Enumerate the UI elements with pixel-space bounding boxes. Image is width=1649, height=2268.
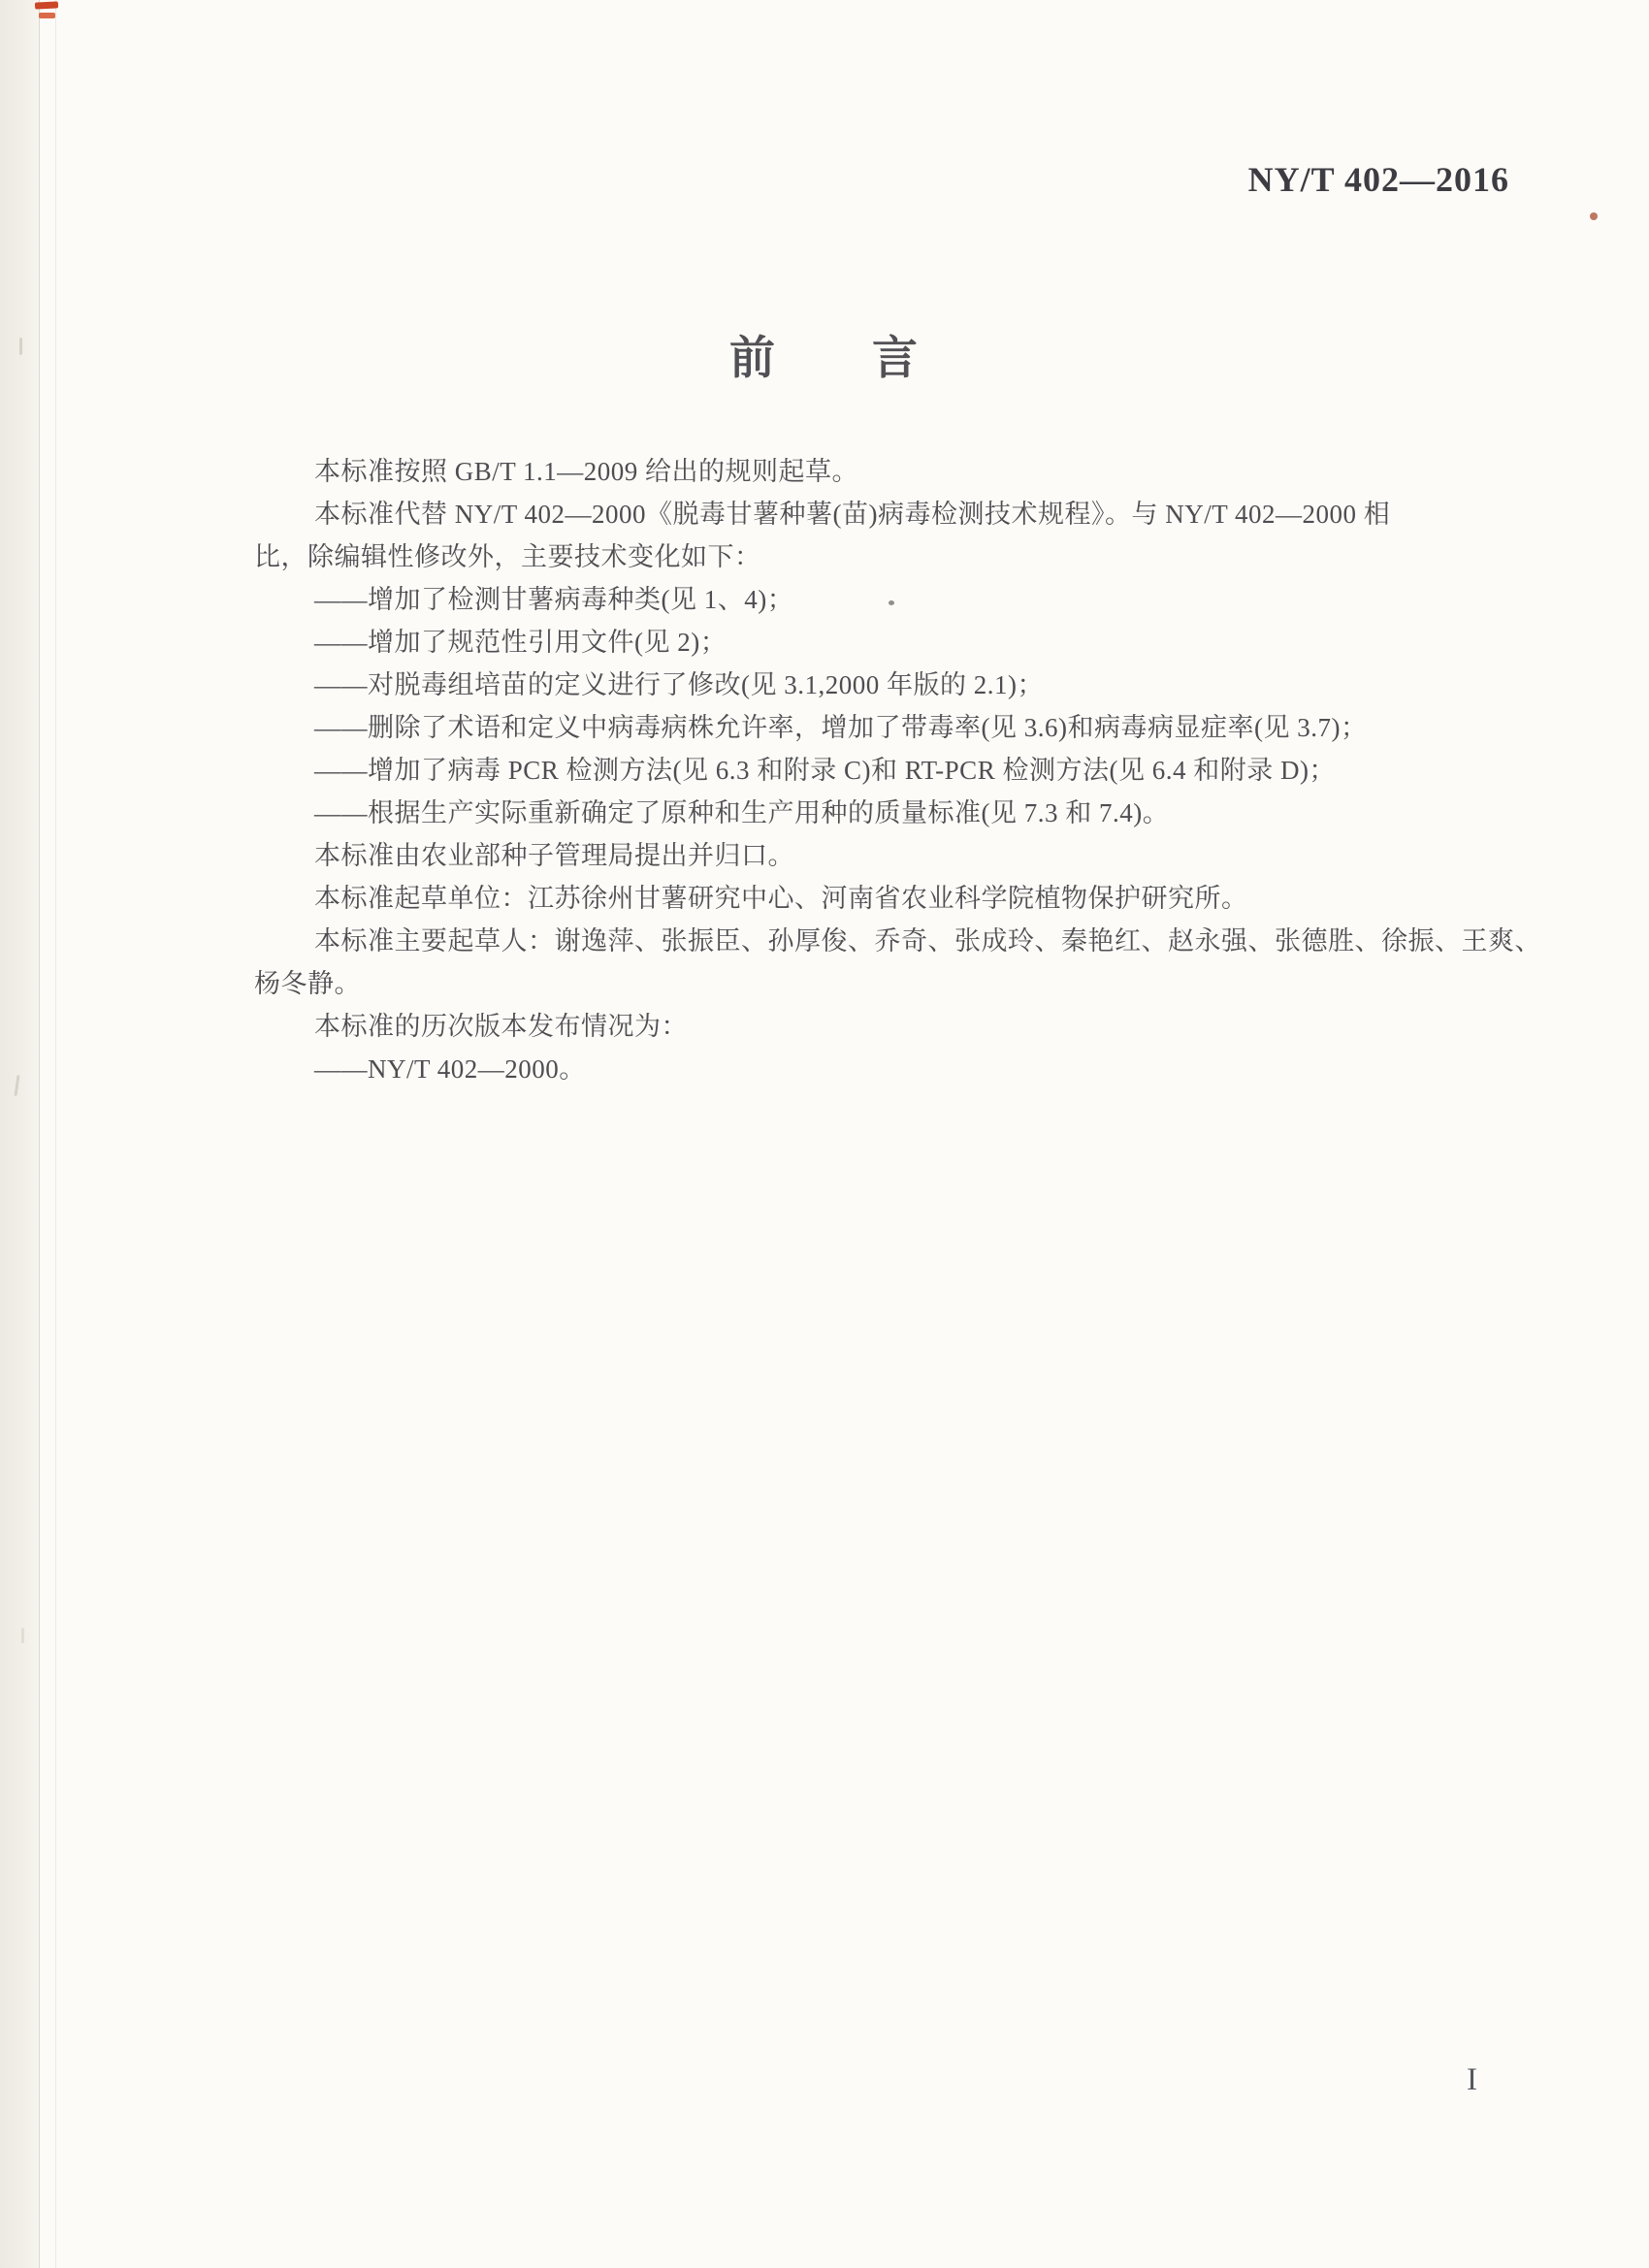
change-item-1: ——增加了检测甘薯病毒种类(见 1、4)； (254, 578, 1544, 621)
line-history-item: ——NY/T 402—2000。 (254, 1048, 1544, 1090)
page-number: I (1467, 2062, 1477, 2098)
line-drafters-cont: 杨冬静。 (254, 962, 1544, 1005)
standard-code: NY/T 402—2016 (1248, 159, 1509, 200)
line-replacement: 本标准代替 NY/T 402—2000《脱毒甘薯种薯(苗)病毒检测技术规程》。与… (254, 493, 1544, 535)
red-corner-mark (35, 1, 58, 9)
line-drafting-basis: 本标准按照 GB/T 1.1—2009 给出的规则起草。 (254, 450, 1544, 493)
line-drafters: 本标准主要起草人：谢逸萍、张振臣、孙厚俊、乔奇、张成玲、秦艳红、赵永强、张德胜、… (254, 920, 1544, 962)
scanned-document-page: NY/T 402—2016 前 言 本标准按照 GB/T 1.1—2009 给出… (0, 0, 1649, 2268)
change-item-5: ——增加了病毒 PCR 检测方法(见 6.3 和附录 C)和 RT-PCR 检测… (254, 749, 1544, 792)
red-corner-mark (39, 13, 55, 18)
body-text: 本标准按照 GB/T 1.1—2009 给出的规则起草。 本标准代替 NY/T … (254, 450, 1544, 1090)
change-item-4: ——删除了术语和定义中病毒病株允许率，增加了带毒率(见 3.6)和病毒病显症率(… (254, 706, 1544, 749)
change-item-3: ——对脱毒组培苗的定义进行了修改(见 3.1,2000 年版的 2.1)； (254, 664, 1544, 706)
change-item-6: ——根据生产实际重新确定了原种和生产用种的质量标准(见 7.3 和 7.4)。 (254, 792, 1544, 834)
red-dot-speck (1590, 212, 1598, 220)
line-replacement-cont: 比，除编辑性修改外，主要技术变化如下： (254, 535, 1544, 578)
line-proposer: 本标准由农业部种子管理局提出并归口。 (254, 834, 1544, 877)
line-drafting-org: 本标准起草单位：江苏徐州甘薯研究中心、河南省农业科学院植物保护研究所。 (254, 877, 1544, 920)
change-item-2: ——增加了规范性引用文件(见 2)； (254, 621, 1544, 664)
line-history-intro: 本标准的历次版本发布情况为： (254, 1005, 1544, 1048)
page-title: 前 言 (0, 322, 1649, 387)
scan-edge-mark (21, 1628, 24, 1643)
